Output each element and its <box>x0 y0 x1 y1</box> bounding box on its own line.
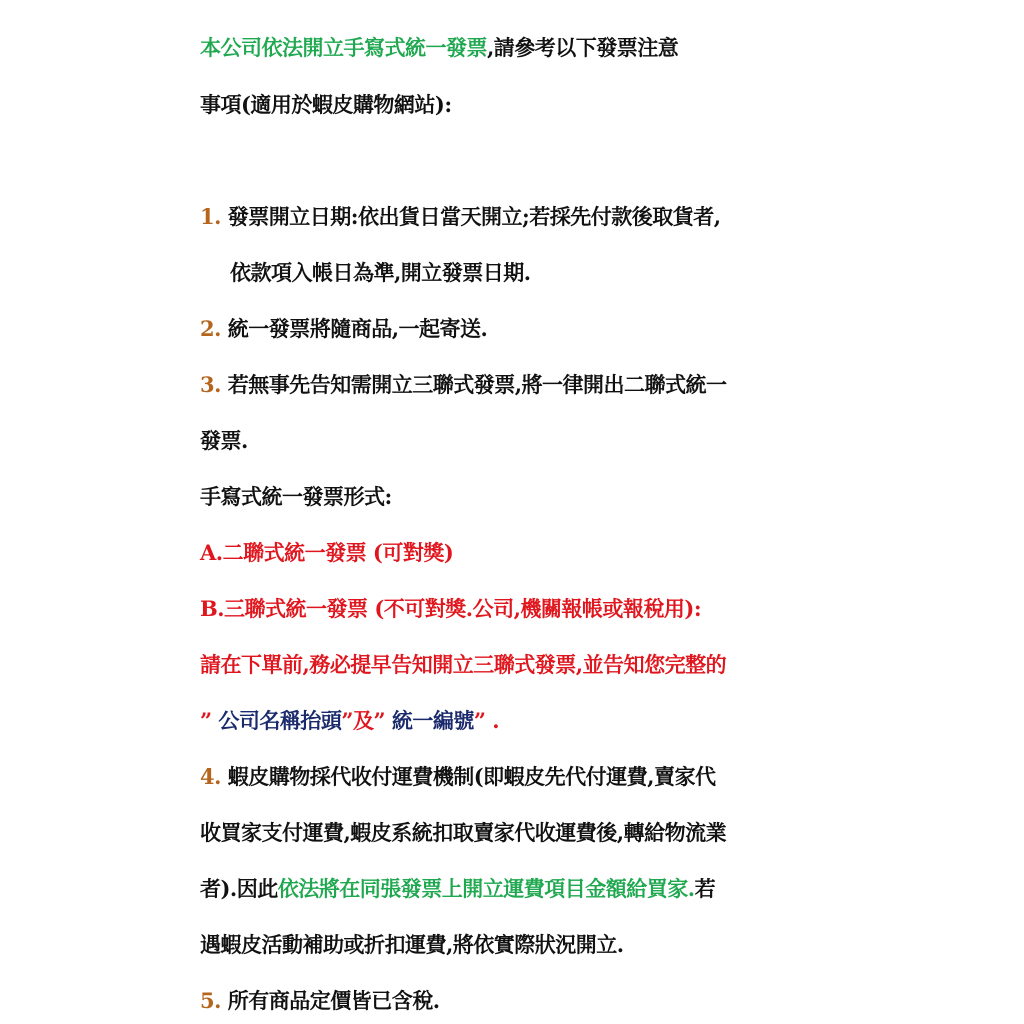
item-1-text: 發票開立日期:依出貨日當天開立;若採先付款後取貨者, <box>221 204 721 229</box>
and-word: 及 <box>353 708 374 733</box>
intro-line-2: 事項(適用於蝦皮購物網站): <box>200 91 452 119</box>
item-5-number: 5. <box>200 988 221 1013</box>
item-3-text: 若無事先告知需開立三聯式發票,將一律開出二聯式統一 <box>221 372 727 397</box>
triplicate-notice-line-2: ” 公司名稱抬頭”及” 統一編號” . <box>200 707 499 735</box>
forms-heading: 手寫式統一發票形式: <box>200 483 392 511</box>
item-4-line-3: 者).因此依法將在同張發票上開立運費項目金額給買家.若 <box>200 875 715 903</box>
item-2-text: 統一發票將隨商品,一起寄送. <box>221 316 487 341</box>
item-2-number: 2. <box>200 316 221 341</box>
item-3-number: 3. <box>200 372 221 397</box>
item-5-line-1: 5. 所有商品定價皆已含稅. <box>200 987 440 1015</box>
form-option-b: B.三聯式統一發票 (不可對獎.公司,機關報帳或報稅用): <box>200 595 701 623</box>
intro-rest: ,請參考以下發票注意 <box>487 35 678 60</box>
item-4-line-3-post: 若 <box>695 876 716 901</box>
form-option-a: A.二聯式統一發票 (可對獎) <box>200 539 453 567</box>
item-3-line-1: 3. 若無事先告知需開立三聯式發票,將一律開出二聯式統一 <box>200 371 727 399</box>
item-1-line-2: 依款項入帳日為準,開立發票日期. <box>230 259 531 287</box>
item-4-line-1: 4. 蝦皮購物採代收付運費機制(即蝦皮先代付運費,賣家代 <box>200 763 716 791</box>
quote-open-2: ” <box>374 708 386 733</box>
item-1-line-1: 1. 發票開立日期:依出貨日當天開立;若採先付款後取貨者, <box>200 203 721 231</box>
item-5-text: 所有商品定價皆已含稅. <box>221 988 440 1013</box>
item-4-text: 蝦皮購物採代收付運費機制(即蝦皮先代付運費,賣家代 <box>221 764 716 789</box>
company-name-label: 公司名稱抬頭 <box>212 708 342 733</box>
item-1-number: 1. <box>200 204 221 229</box>
item-4-line-2: 收買家支付運費,蝦皮系統扣取賣家代收運費後,轉給物流業 <box>200 819 726 847</box>
item-2-line-1: 2. 統一發票將隨商品,一起寄送. <box>200 315 487 343</box>
shipping-fee-highlight: 依法將在同張發票上開立運費項目金額給買家. <box>278 876 695 901</box>
intro-highlight: 本公司依法開立手寫式統一發票 <box>200 35 487 60</box>
period: . <box>486 708 500 733</box>
item-4-number: 4. <box>200 764 221 789</box>
intro-line-1: 本公司依法開立手寫式統一發票,請參考以下發票注意 <box>200 34 678 62</box>
item-3-line-2: 發票. <box>200 427 248 455</box>
triplicate-notice-line-1: 請在下單前,務必提早告知開立三聯式發票,並告知您完整的 <box>200 651 726 679</box>
quote-open-1: ” <box>200 708 212 733</box>
quote-close-2: ” <box>474 708 486 733</box>
tax-id-label: 統一編號 <box>385 708 474 733</box>
item-4-line-4: 遇蝦皮活動補助或折扣運費,將依實際狀況開立. <box>200 931 624 959</box>
quote-close-1: ” <box>341 708 353 733</box>
item-4-line-3-pre: 者).因此 <box>200 876 278 901</box>
